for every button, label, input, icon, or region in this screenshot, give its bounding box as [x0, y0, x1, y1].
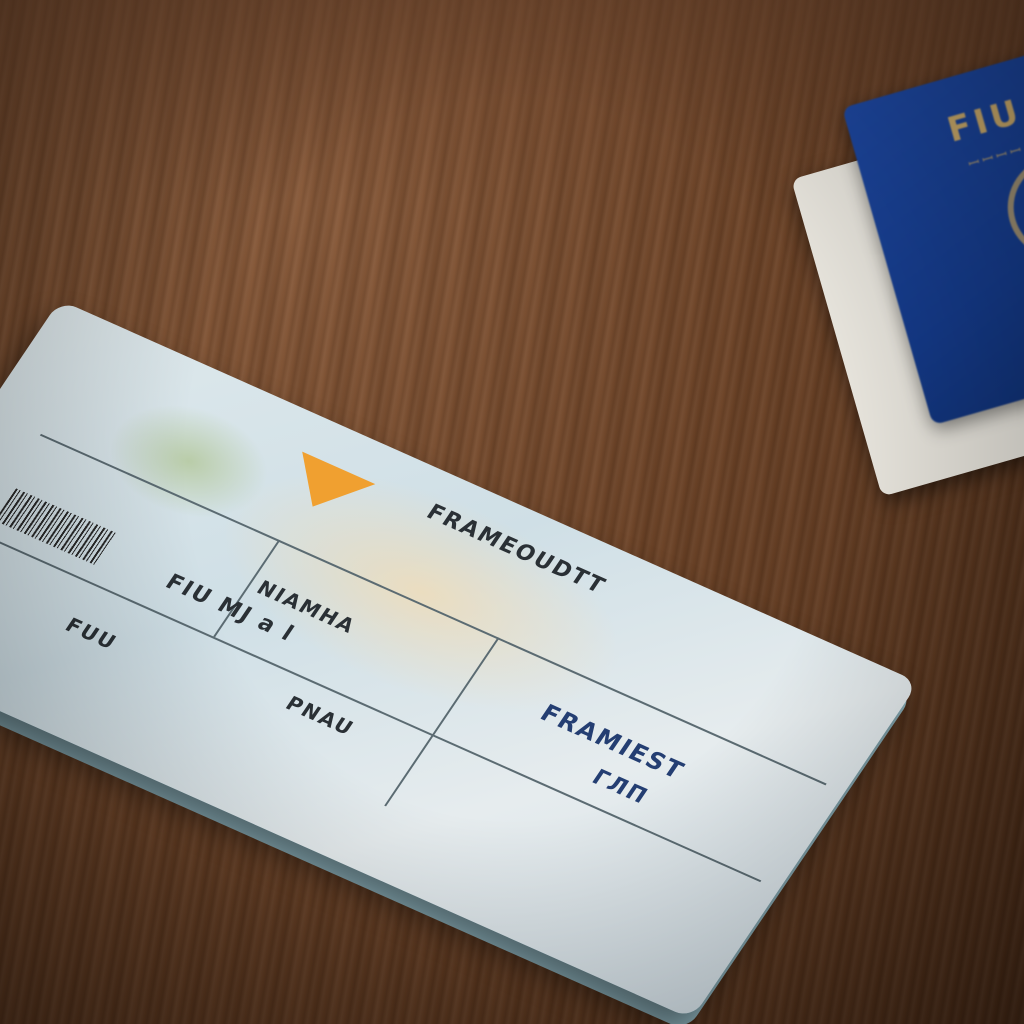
vignette — [0, 0, 1024, 1024]
